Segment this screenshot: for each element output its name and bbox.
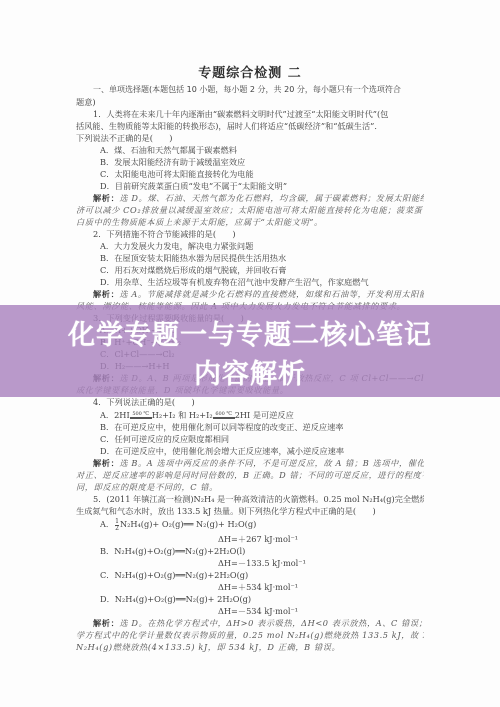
explanation: 解析：选 B。A 选项中两反应的条件不同，不是可逆反应，故 A 错；B 选项中，… xyxy=(93,457,424,469)
question-stem: 1．人类将在未来几十年内逐渐由“碳素燃料文明时代”过渡至“太阳能文明时代”(包 xyxy=(93,108,424,120)
option-b: B．N₂H₄(g)+O₂(g)══N₂(g)+2H₂O(l) xyxy=(100,545,424,557)
explanation: 解析：选 A。节能减排就是减少化石燃料的直接燃烧，如煤和石油等，开发利用太阳能、 xyxy=(93,288,424,300)
enthalpy-d: ΔH=－534 kJ·mol⁻¹ xyxy=(218,605,298,617)
question-stem: 2．下列措施不符合节能减排的是( ) xyxy=(93,228,424,240)
option-a: A．大力发展火力发电，解决电力紧张问题 xyxy=(100,240,424,252)
section-header-cont: 题意) xyxy=(76,96,424,108)
enthalpy-c: ΔH=＋534 kJ·mol⁻¹ xyxy=(218,581,298,593)
overlay-title-line1: 化学专题一与专题二核心笔记 xyxy=(0,313,500,352)
fraction: 12 xyxy=(115,519,119,532)
option-d: D．用杂草、生活垃圾等有机废弃物在沼气池中发酵产生沼气，作家庭燃气 xyxy=(100,276,424,288)
section-header: 一、单项选择题(本题包括 10 小题，每小题 2 分，共 20 分，每小题只有一… xyxy=(93,84,424,96)
option-b: B．在可逆反应中，使用催化剂可以同等程度的改变正、逆反应速率 xyxy=(100,421,424,433)
option-b: B．发展太阳能经济有助于减缓温室效应 xyxy=(100,156,424,168)
reaction-arrow: 600 ℃ xyxy=(213,411,235,419)
question-stem: 5．(2011 年镇江高一检测)N₂H₄ 是一种高效清洁的火箭燃料。0.25 m… xyxy=(93,493,424,505)
option-c: C．太阳能电池可将太阳能直接转化为电能 xyxy=(100,168,424,180)
explanation: 同，即反应的限度是不同的，C 错。 xyxy=(76,481,424,493)
page-title: 专题综合检测 二 xyxy=(0,62,500,81)
option-c: C．任何可逆反应的反应限度都相同 xyxy=(100,433,424,445)
option-b: B．在屋顶安装太阳能热水器为居民提供生活用热水 xyxy=(100,252,424,264)
explanation: 解析：选 D。在热化学方程式中，ΔH>0 表示吸热，ΔH<0 表示放热，A、C … xyxy=(93,617,424,629)
explanation-label: 解析： xyxy=(93,458,119,468)
explanation: 对正、逆反应速率的影响是同时同倍数的，B 正确。D 错；不同的可逆反应，进行的程… xyxy=(76,469,424,481)
question-stem: 4．下列说法正确的是( ) xyxy=(93,396,424,408)
option-c: C．N₂H₄(g)+O₂(g)══N₂(g)+2H₂O(g) xyxy=(100,569,424,581)
enthalpy-a: ΔH=＋267 kJ·mol⁻¹ xyxy=(218,533,298,545)
question-stem: 括风能、生物质能等太阳能的转换形态)，届时人们将适应“低碳经济”和“低碳生活”． xyxy=(76,120,424,132)
option-d: D．在可逆反应中，使用催化剂会增大正反应速率，减小逆反应速率 xyxy=(100,445,424,457)
question-stem: 下列说法不正确的是( ) xyxy=(76,132,424,144)
option-d: D．目前研究菠菜蛋白质“发电”不属于“太阳能文明” xyxy=(100,180,424,192)
explanation: 白质中的生物质能本质上来源于太阳能，应属于“太阳能文明”。 xyxy=(76,216,424,228)
explanation: 解析：选 D。煤、石油、天然气都为化石燃料，均含碳，属于碳素燃料；发展太阳能经 xyxy=(93,192,424,204)
explanation: N₂H₄(g)燃烧放热(4×133.5) kJ，即 534 kJ，D 正确，B … xyxy=(76,641,424,653)
explanation-label: 解析： xyxy=(93,618,119,628)
option-a: A．煤、石油和天然气都属于碳素燃料 xyxy=(100,144,424,156)
explanation-label: 解析： xyxy=(93,289,119,299)
explanation-label: 解析： xyxy=(93,193,119,203)
explanation: 济可以减少 CO₂排放量以减缓温室效应；太阳能电池可将太阳能直接转化为电能；菠菜… xyxy=(76,204,424,216)
reaction-arrow: 500 ℃ xyxy=(130,411,152,419)
option-c: C．用石灰对煤燃烧后形成的烟气脱硫，并回收石膏 xyxy=(100,264,424,276)
enthalpy-b: ΔH=－133.5 kJ·mol⁻¹ xyxy=(218,557,306,569)
option-a: A．12N₂H₄(g)+ O₂(g)══ N₂(g)+ H₂O(g) xyxy=(100,516,424,532)
explanation: 学方程式中的化学计量数仅表示物质的量，0.25 mol N₂H₄(g)燃烧放热 … xyxy=(76,629,424,641)
overlay-title-line2: 内容解析 xyxy=(0,352,500,391)
option-d: D．N₂H₄(g)+O₂(g)══N₂(g)+ 2H₂O(g) xyxy=(100,593,424,605)
option-a: A．2HI500 ℃H₂+I₂ 和 H₂+I₂600 ℃2HI 是可逆反应 xyxy=(100,409,424,421)
